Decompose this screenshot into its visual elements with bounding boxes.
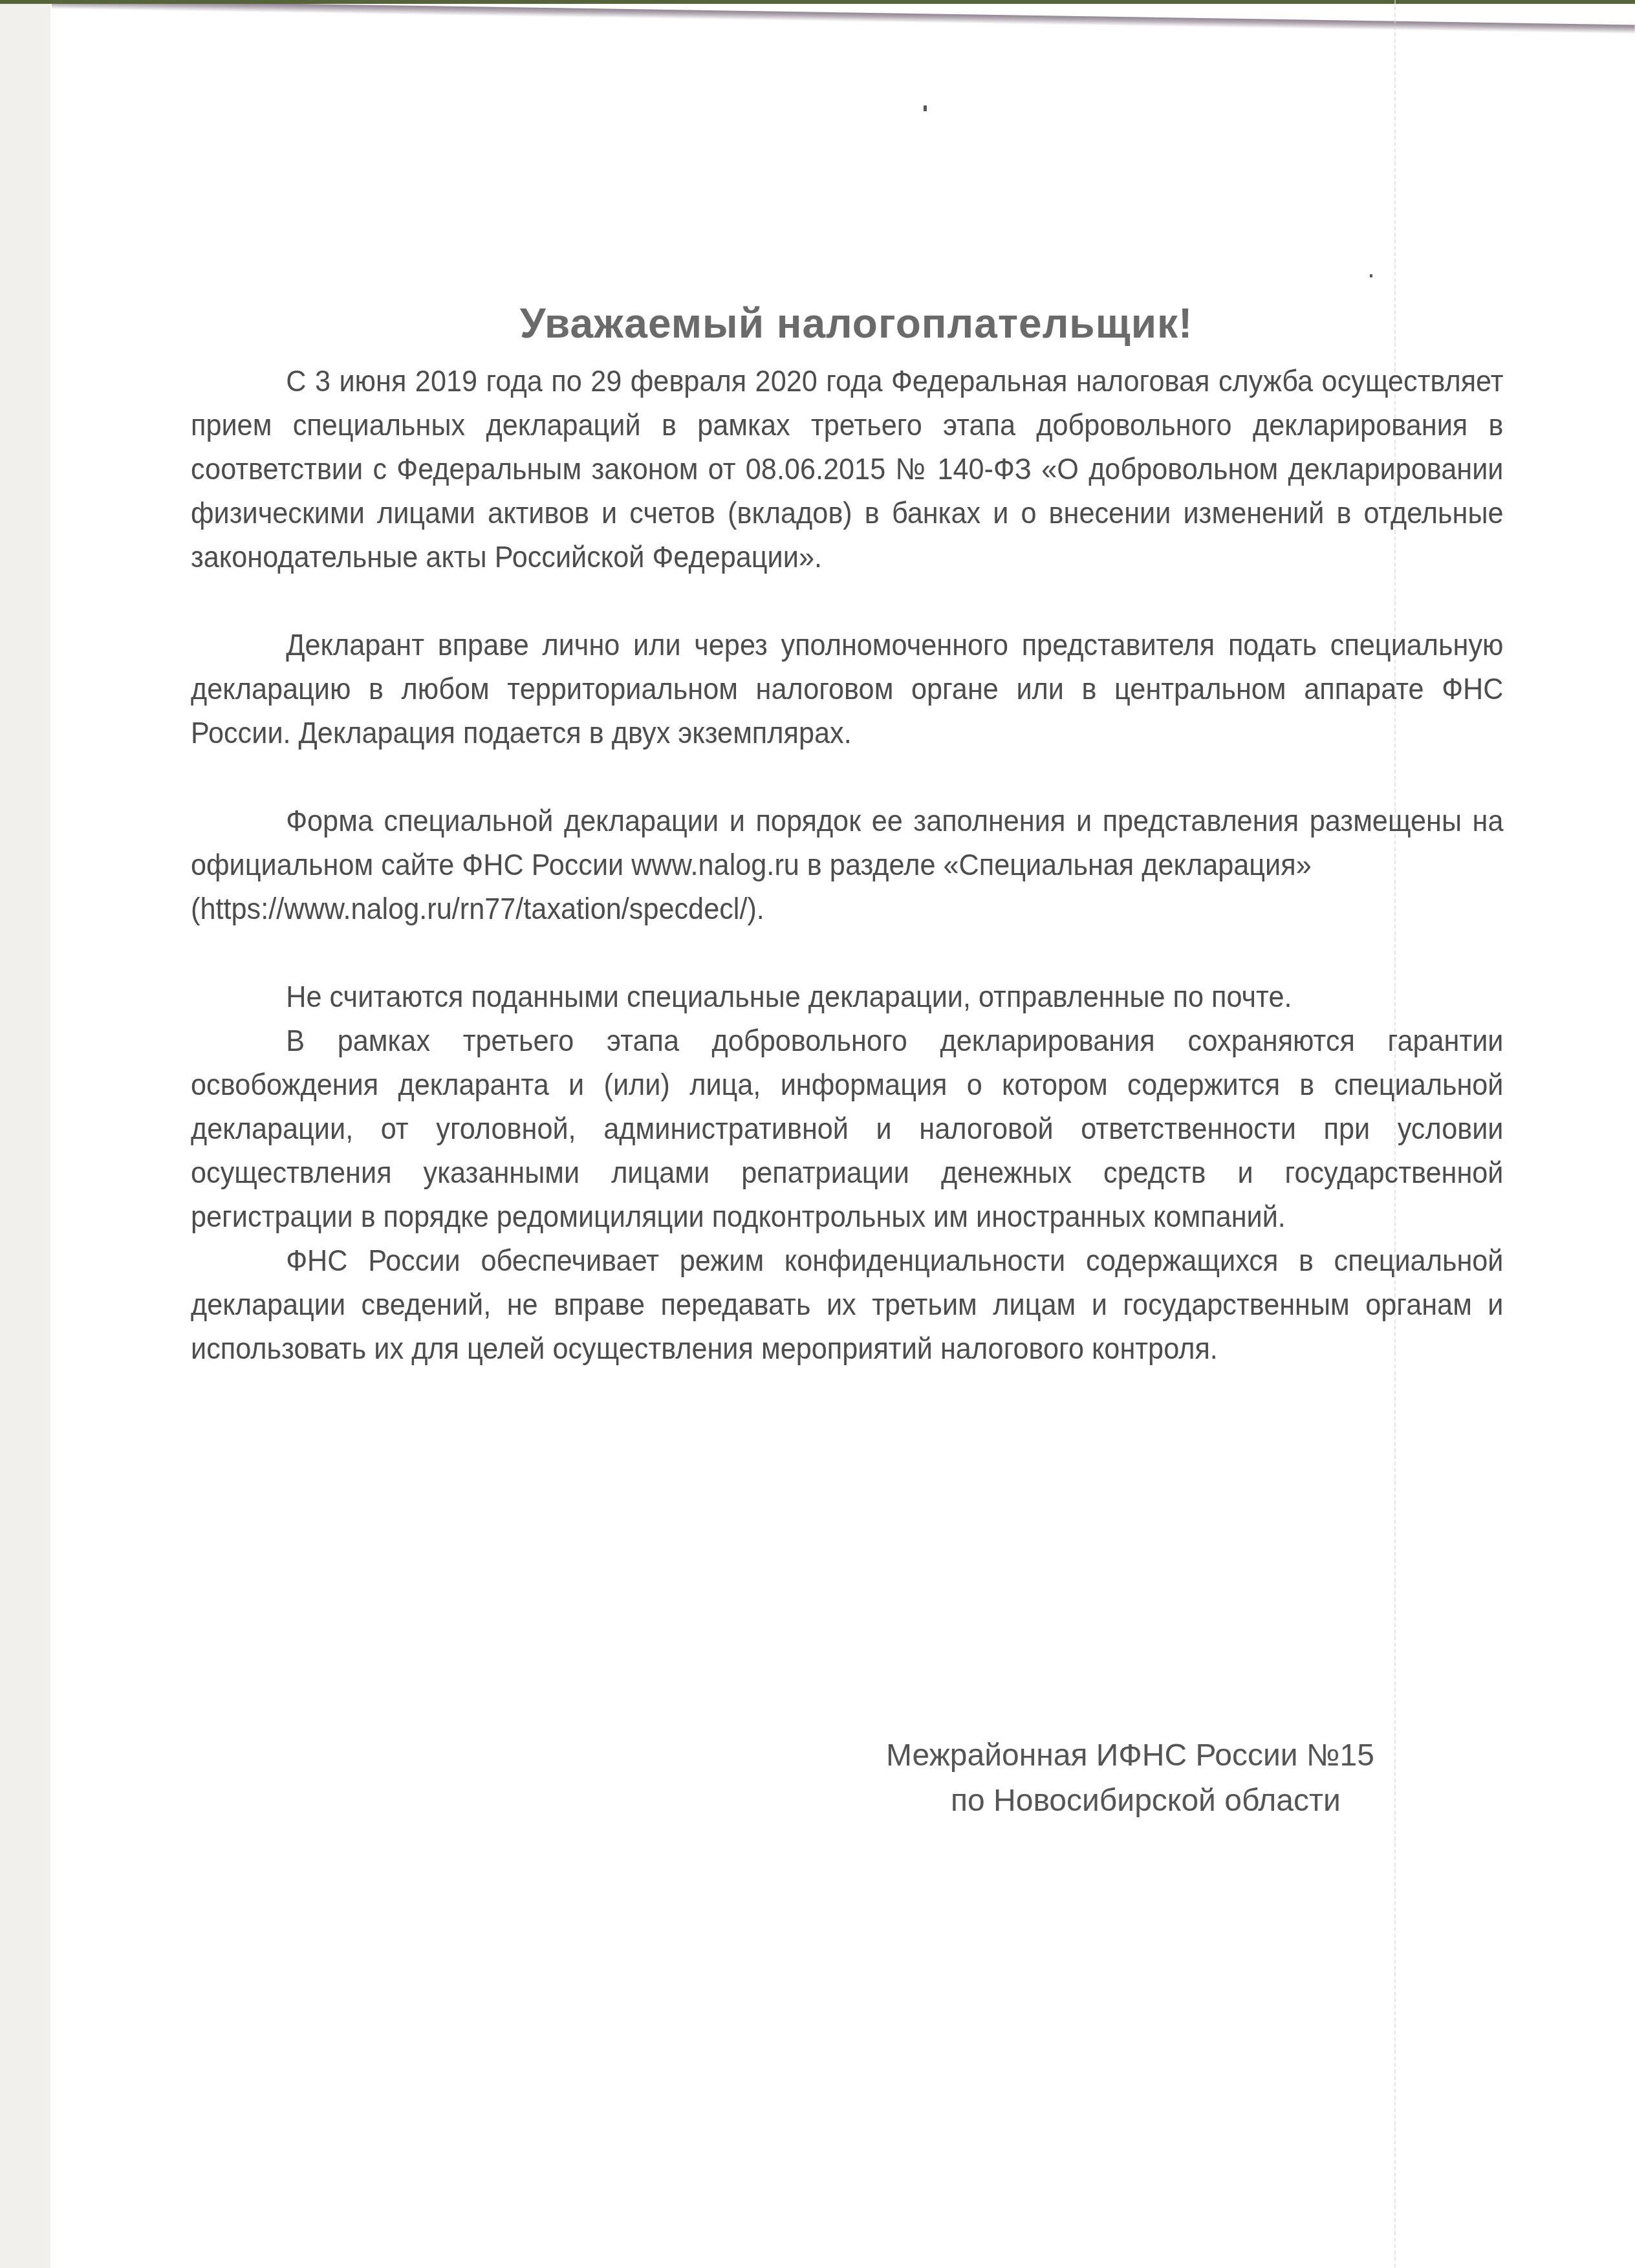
- paragraph-mail-not-accepted: Не считаются поданными специальные декла…: [191, 975, 1504, 1019]
- specdecl-link[interactable]: (https://www.nalog.ru/rn77/taxation/spec…: [191, 887, 1504, 931]
- paragraph-declaration-period: С 3 июня 2019 года по 29 февраля 2020 го…: [191, 359, 1504, 579]
- scan-top-edge: [0, 0, 1635, 4]
- scan-speck: [924, 105, 927, 111]
- document-body: С 3 июня 2019 года по 29 февраля 2020 го…: [191, 359, 1504, 1370]
- document-title: Уважаемый налогоплательщик!: [0, 299, 1635, 347]
- scan-speck: [1370, 274, 1372, 277]
- signature-block: Межрайонная ИФНС России №15 по Новосибир…: [886, 1733, 1468, 1824]
- paragraph-form-location: Форма специальной декларации и порядок е…: [191, 799, 1504, 931]
- signature-region: по Новосибирской области: [886, 1778, 1468, 1824]
- paragraph-confidentiality: ФНС России обеспечивает режим конфиденци…: [191, 1238, 1504, 1370]
- signature-organization: Межрайонная ИФНС России №15: [886, 1733, 1468, 1778]
- paragraph-submission-method: Декларант вправе лично или через уполном…: [191, 623, 1504, 755]
- paragraph-guarantees: В рамках третьего этапа добровольного де…: [191, 1019, 1504, 1238]
- form-location-text: Форма специальной декларации и порядок е…: [191, 803, 1504, 881]
